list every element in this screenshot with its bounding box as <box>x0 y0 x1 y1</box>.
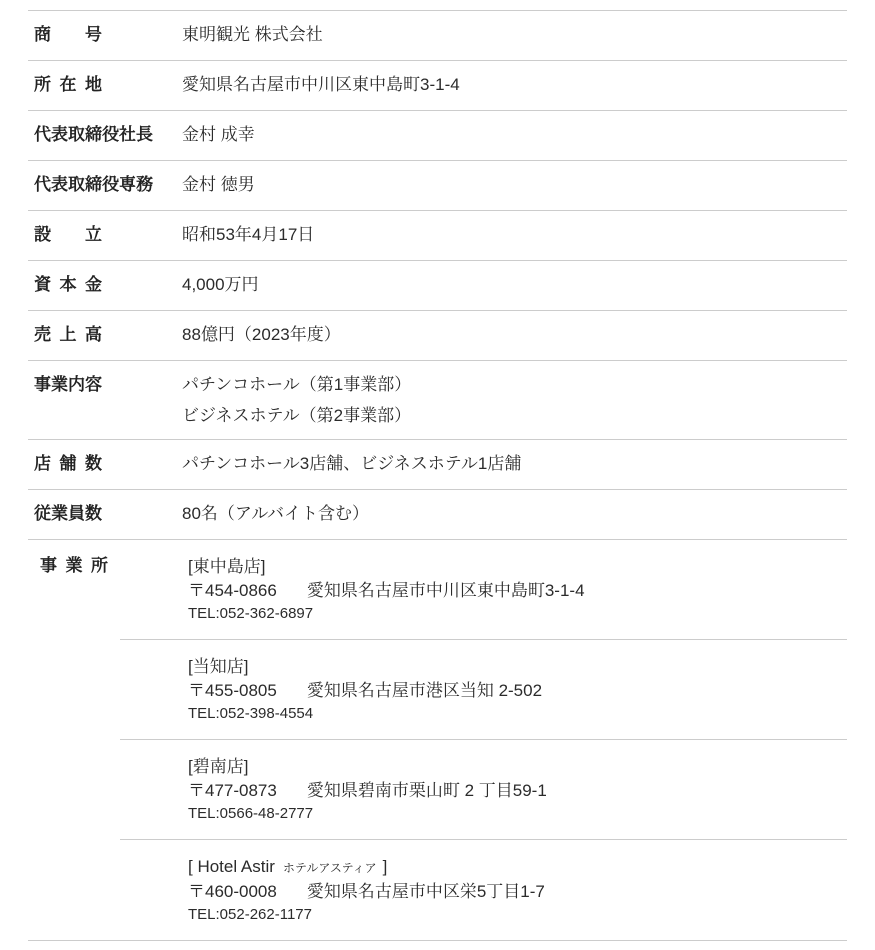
office-tel: TEL:052-398-4554 <box>188 704 847 724</box>
row-value: パチンコホール（第1事業部） ビジネスホテル（第2事業部） <box>182 369 847 431</box>
row-label-cell: 従業員数 <box>28 503 182 526</box>
row-label-cell: 設立 <box>28 224 182 247</box>
row-label: 事業所 <box>40 555 108 577</box>
row-value: 80名（アルバイト含む） <box>182 503 847 525</box>
offices-list: [東中島店] 〒454-0866愛知県名古屋市中川区東中島町3-1-4 TEL:… <box>120 540 847 940</box>
row-label-cell: 店舗数 <box>28 453 182 476</box>
office-address-line: 〒454-0866愛知県名古屋市中川区東中島町3-1-4 <box>188 578 847 604</box>
row-label: 商号 <box>34 24 102 46</box>
row-address: 所在地 愛知県名古屋市中川区東中島町3-1-4 <box>28 60 847 110</box>
company-profile-page: 商号 東明観光 株式会社 所在地 愛知県名古屋市中川区東中島町3-1-4 代表取… <box>0 0 875 950</box>
office-higashinakajima: [東中島店] 〒454-0866愛知県名古屋市中川区東中島町3-1-4 TEL:… <box>120 540 847 639</box>
company-profile-table: 商号 東明観光 株式会社 所在地 愛知県名古屋市中川区東中島町3-1-4 代表取… <box>28 10 847 941</box>
office-address: 愛知県碧南市栗山町 2 丁目59-1 <box>307 781 547 800</box>
row-label-cell: 事業内容 <box>28 369 182 401</box>
row-label: 事業内容 <box>34 369 102 400</box>
office-name: [当知店] <box>188 656 847 678</box>
row-label: 資本金 <box>34 274 102 296</box>
row-revenue: 売上高 88億円（2023年度） <box>28 310 847 360</box>
row-value: 88億円（2023年度） <box>182 324 847 346</box>
row-value: 昭和53年4月17日 <box>182 224 847 246</box>
row-senior-managing-director: 代表取締役専務 金村 徳男 <box>28 160 847 210</box>
row-employees: 従業員数 80名（アルバイト含む） <box>28 489 847 539</box>
row-label: 設立 <box>34 224 102 246</box>
office-name-kana: ホテルアスティア <box>283 861 377 875</box>
office-address: 愛知県名古屋市中川区東中島町3-1-4 <box>307 581 585 600</box>
office-tel: TEL:0566-48-2777 <box>188 804 847 824</box>
office-postal: 〒477-0873 <box>188 781 277 800</box>
row-value: 愛知県名古屋市中川区東中島町3-1-4 <box>182 74 847 96</box>
row-value: パチンコホール3店舗、ビジネスホテル1店舗 <box>182 453 847 475</box>
row-business-description: 事業内容 パチンコホール（第1事業部） ビジネスホテル（第2事業部） <box>28 360 847 439</box>
row-value: 金村 徳男 <box>182 174 847 196</box>
row-label: 従業員数 <box>34 503 102 525</box>
row-president: 代表取締役社長 金村 成幸 <box>28 110 847 160</box>
row-label: 売上高 <box>34 324 102 346</box>
business-line-pachinko: パチンコホール（第1事業部） <box>182 369 847 400</box>
row-capital: 資本金 4,000万円 <box>28 260 847 310</box>
office-postal: 〒460-0008 <box>188 882 277 901</box>
row-company-name: 商号 東明観光 株式会社 <box>28 10 847 60</box>
row-value: 金村 成幸 <box>182 124 847 146</box>
row-label-cell: 所在地 <box>28 74 182 97</box>
office-name-en: [ Hotel Astir <box>188 857 275 876</box>
row-label-cell: 代表取締役専務 <box>28 174 182 197</box>
office-name: [碧南店] <box>188 756 847 778</box>
office-postal: 〒455-0805 <box>188 681 277 700</box>
office-address-line: 〒455-0805愛知県名古屋市港区当知 2-502 <box>188 678 847 704</box>
office-tel: TEL:052-262-1177 <box>188 905 847 925</box>
office-address-line: 〒460-0008愛知県名古屋市中区栄5丁目1-7 <box>188 879 847 905</box>
office-address-line: 〒477-0873愛知県碧南市栗山町 2 丁目59-1 <box>188 778 847 804</box>
row-label: 店舗数 <box>34 453 102 475</box>
row-label: 所在地 <box>34 74 102 96</box>
business-line-hotel: ビジネスホテル（第2事業部） <box>182 400 847 431</box>
row-value: 東明観光 株式会社 <box>182 24 847 46</box>
row-label: 代表取締役専務 <box>34 174 153 196</box>
office-hekinan: [碧南店] 〒477-0873愛知県碧南市栗山町 2 丁目59-1 TEL:05… <box>120 739 847 839</box>
office-touchi: [当知店] 〒455-0805愛知県名古屋市港区当知 2-502 TEL:052… <box>120 639 847 739</box>
row-label-cell: 資本金 <box>28 274 182 297</box>
row-label: 代表取締役社長 <box>34 124 153 146</box>
row-label-cell: 売上高 <box>28 324 182 347</box>
office-name: [東中島店] <box>188 556 847 578</box>
office-address: 愛知県名古屋市港区当知 2-502 <box>307 681 542 700</box>
row-established: 設立 昭和53年4月17日 <box>28 210 847 260</box>
office-postal: 〒454-0866 <box>188 581 277 600</box>
row-offices: 事業所 [東中島店] 〒454-0866愛知県名古屋市中川区東中島町3-1-4 … <box>28 539 847 941</box>
office-name-bracket-close: ] <box>383 857 388 876</box>
row-label-cell: 代表取締役社長 <box>28 124 182 147</box>
row-store-count: 店舗数 パチンコホール3店舗、ビジネスホテル1店舗 <box>28 439 847 489</box>
office-hotel-astir: [ Hotel Astirホテルアスティア] 〒460-0008愛知県名古屋市中… <box>120 839 847 940</box>
row-label-cell: 事業所 <box>34 555 108 578</box>
row-label-cell: 商号 <box>28 24 182 47</box>
office-name: [ Hotel Astirホテルアスティア] <box>188 856 847 879</box>
row-value: 4,000万円 <box>182 274 847 296</box>
office-address: 愛知県名古屋市中区栄5丁目1-7 <box>307 882 545 901</box>
office-tel: TEL:052-362-6897 <box>188 604 847 624</box>
